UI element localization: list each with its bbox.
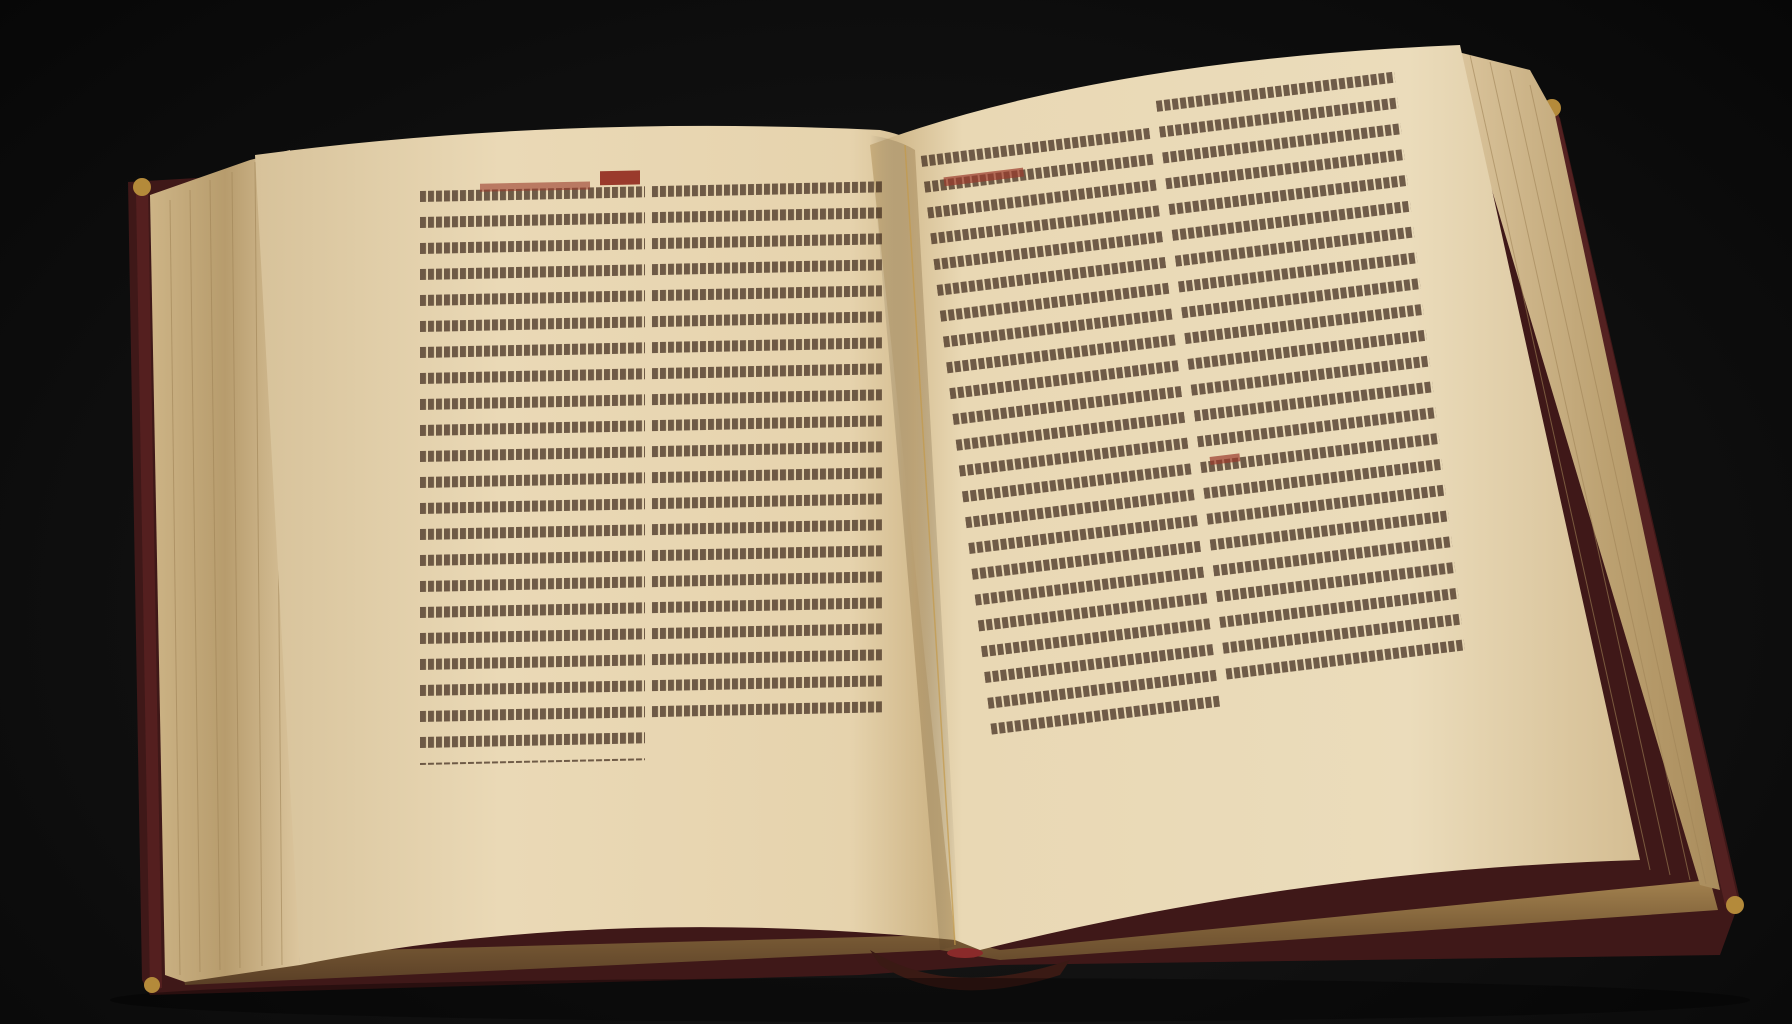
- headband: [947, 948, 983, 958]
- rubric-initial: [600, 170, 640, 185]
- open-manuscript: [0, 0, 1792, 1024]
- left-column-2: [652, 171, 882, 724]
- gilt-corner-bottom-right: [1726, 896, 1744, 914]
- gilt-corner-bottom-left: [144, 977, 160, 993]
- left-column-1: [420, 180, 645, 765]
- gilt-corner-top-left: [133, 178, 151, 196]
